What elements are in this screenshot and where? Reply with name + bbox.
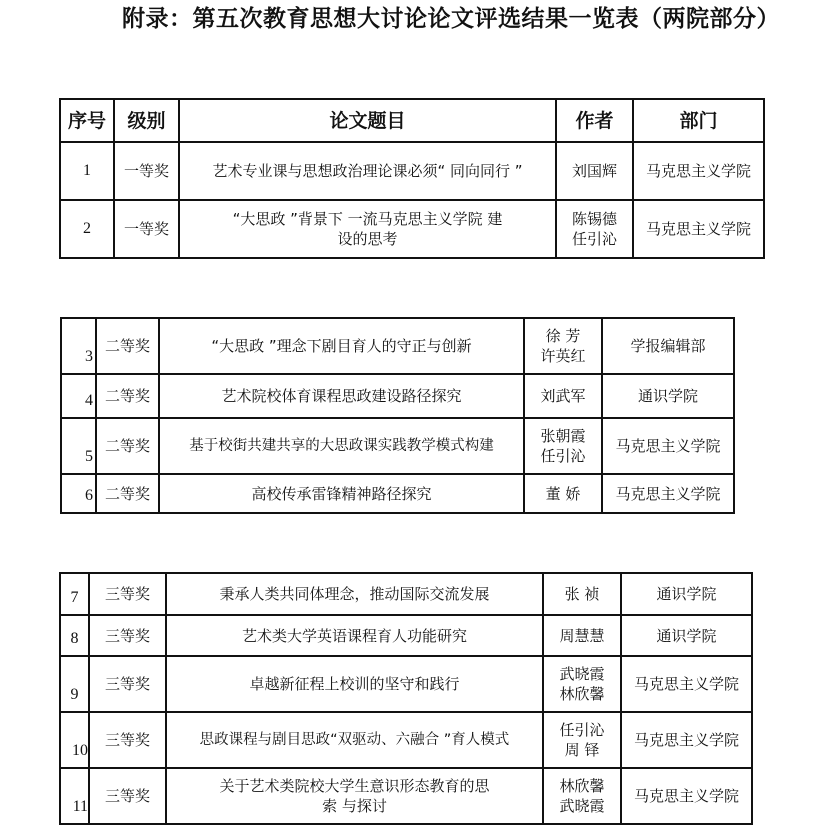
table-row: 5 二等奖 基于校街共建共享的大思政课实践教学模式构建 张朝霞 任引沁 马克思主… (61, 418, 734, 474)
cell-author: 任引沁 周 铎 (543, 712, 621, 768)
cell-department: 马克思主义学院 (633, 142, 764, 200)
cell-level: 二等奖 (96, 474, 159, 513)
cell-index: 8 (60, 615, 89, 656)
cell-index: 3 (61, 318, 96, 374)
cell-paper-title: 卓越新征程上校训的坚守和践行 (166, 656, 543, 712)
cell-level: 二等奖 (96, 418, 159, 474)
cell-paper-title: “大思政 ”理念下剧目育人的守正与创新 (159, 318, 524, 374)
cell-department: 学报编辑部 (602, 318, 734, 374)
cell-level: 一等奖 (114, 142, 179, 200)
cell-paper-title: 高校传承雷锋精神路径探究 (159, 474, 524, 513)
table-header-row: 序号 级别 论文题目 作者 部门 (60, 99, 764, 142)
cell-author: 武晓霞 林欣馨 (543, 656, 621, 712)
cell-index: 1 (60, 142, 114, 200)
cell-paper-title: “大思政 ”背景下 一流马克思主义学院 建 设的思考 (179, 200, 556, 258)
table-row: 1 一等奖 艺术专业课与思想政治理论课必须“ 同向同行 ” 刘国辉 马克思主义学… (60, 142, 764, 200)
cell-index: 10 (60, 712, 89, 768)
cell-index: 5 (61, 418, 96, 474)
cell-level: 三等奖 (89, 768, 166, 824)
cell-department: 马克思主义学院 (621, 712, 752, 768)
cell-index: 4 (61, 374, 96, 418)
cell-paper-title: 关于艺术类院校大学生意识形态教育的思 索 与探讨 (166, 768, 543, 824)
cell-index: 7 (60, 573, 89, 615)
table-row: 8 三等奖 艺术类大学英语课程育人功能研究 周慧慧 通识学院 (60, 615, 752, 656)
table-row: 7 三等奖 秉承人类共同体理念，推动国际交流发展 张 祯 通识学院 (60, 573, 752, 615)
cell-level: 二等奖 (96, 374, 159, 418)
cell-department: 马克思主义学院 (602, 474, 734, 513)
cell-index: 6 (61, 474, 96, 513)
cell-level: 三等奖 (89, 573, 166, 615)
cell-department: 通识学院 (621, 573, 752, 615)
cell-paper-title: 艺术院校体育课程思政建设路径探究 (159, 374, 524, 418)
cell-level: 三等奖 (89, 712, 166, 768)
table-row: 10 三等奖 思政课程与剧目思政“双驱动、六融合 ”育人模式 任引沁 周 铎 马… (60, 712, 752, 768)
table-row: 3 二等奖 “大思政 ”理念下剧目育人的守正与创新 徐 芳 许英红 学报编辑部 (61, 318, 734, 374)
cell-department: 通识学院 (602, 374, 734, 418)
cell-department: 马克思主义学院 (633, 200, 764, 258)
cell-department: 马克思主义学院 (602, 418, 734, 474)
results-table-third-prize: 7 三等奖 秉承人类共同体理念，推动国际交流发展 张 祯 通识学院 8 三等奖 … (59, 572, 753, 825)
page-title: 附录：第五次教育思想大讨论论文评选结果一览表（两院部分） (60, 4, 780, 35)
cell-author: 林欣馨 武晓霞 (543, 768, 621, 824)
cell-paper-title: 思政课程与剧目思政“双驱动、六融合 ”育人模式 (166, 712, 543, 768)
cell-index: 11 (60, 768, 89, 824)
cell-index: 9 (60, 656, 89, 712)
cell-department: 通识学院 (621, 615, 752, 656)
cell-author: 周慧慧 (543, 615, 621, 656)
cell-level: 一等奖 (114, 200, 179, 258)
cell-level: 二等奖 (96, 318, 159, 374)
table-row: 11 三等奖 关于艺术类院校大学生意识形态教育的思 索 与探讨 林欣馨 武晓霞 … (60, 768, 752, 824)
table-row: 4 二等奖 艺术院校体育课程思政建设路径探究 刘武军 通识学院 (61, 374, 734, 418)
cell-author: 张 祯 (543, 573, 621, 615)
cell-index: 2 (60, 200, 114, 258)
table-row: 6 二等奖 高校传承雷锋精神路径探究 董 娇 马克思主义学院 (61, 474, 734, 513)
cell-department: 马克思主义学院 (621, 656, 752, 712)
header-index: 序号 (60, 99, 114, 142)
cell-paper-title: 艺术类大学英语课程育人功能研究 (166, 615, 543, 656)
cell-paper-title: 秉承人类共同体理念，推动国际交流发展 (166, 573, 543, 615)
table-row: 9 三等奖 卓越新征程上校训的坚守和践行 武晓霞 林欣馨 马克思主义学院 (60, 656, 752, 712)
header-author: 作者 (556, 99, 633, 142)
cell-author: 董 娇 (524, 474, 602, 513)
cell-author: 张朝霞 任引沁 (524, 418, 602, 474)
cell-level: 三等奖 (89, 656, 166, 712)
results-table-second-prize: 3 二等奖 “大思政 ”理念下剧目育人的守正与创新 徐 芳 许英红 学报编辑部 … (60, 317, 735, 514)
cell-department: 马克思主义学院 (621, 768, 752, 824)
results-table-first-prize: 序号 级别 论文题目 作者 部门 1 一等奖 艺术专业课与思想政治理论课必须“ … (59, 98, 765, 259)
cell-paper-title: 艺术专业课与思想政治理论课必须“ 同向同行 ” (179, 142, 556, 200)
cell-author: 刘武军 (524, 374, 602, 418)
cell-author: 陈锡德 任引沁 (556, 200, 633, 258)
cell-author: 徐 芳 许英红 (524, 318, 602, 374)
cell-paper-title: 基于校街共建共享的大思政课实践教学模式构建 (159, 418, 524, 474)
header-paper-title: 论文题目 (179, 99, 556, 142)
cell-author: 刘国辉 (556, 142, 633, 200)
cell-level: 三等奖 (89, 615, 166, 656)
header-department: 部门 (633, 99, 764, 142)
header-level: 级别 (114, 99, 179, 142)
table-row: 2 一等奖 “大思政 ”背景下 一流马克思主义学院 建 设的思考 陈锡德 任引沁… (60, 200, 764, 258)
